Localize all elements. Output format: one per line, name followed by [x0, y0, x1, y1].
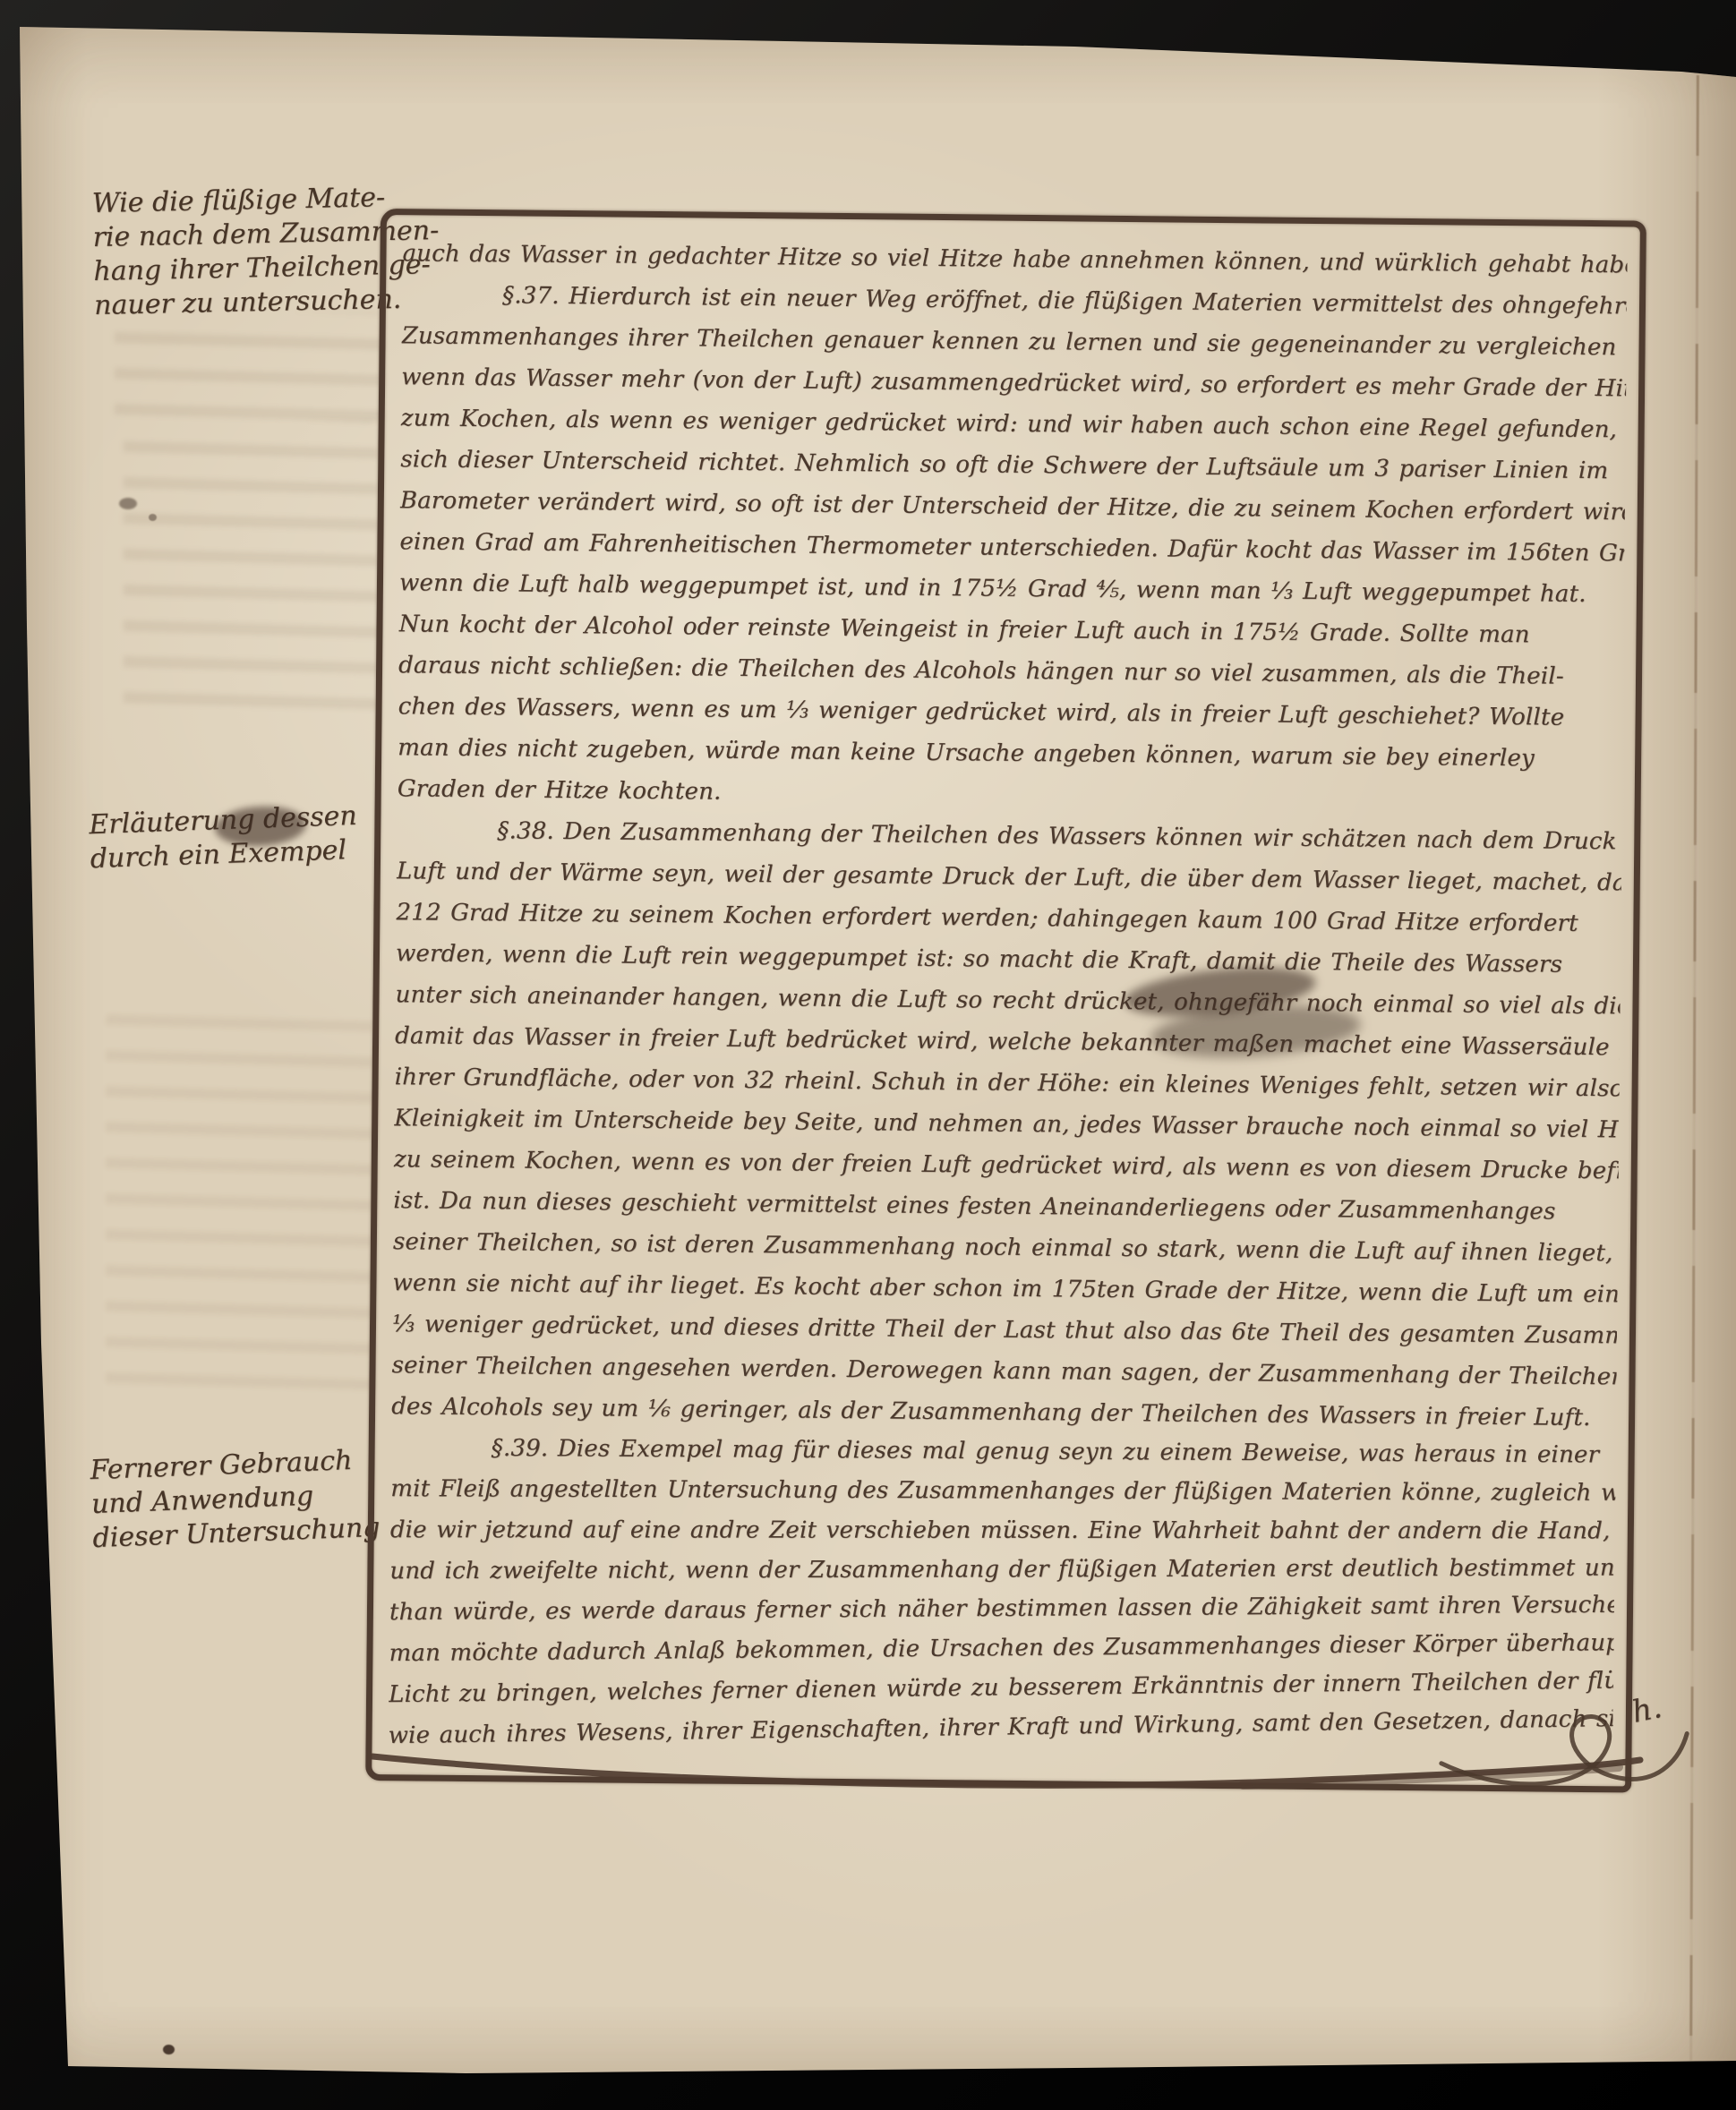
bleedthrough-ghost: [115, 312, 383, 428]
ink-dot: [119, 498, 137, 509]
text-line: mit Fleiß angestellten Untersuchung des …: [390, 1468, 1615, 1514]
bleedthrough-ghost: [106, 1012, 374, 1397]
bleedthrough-ghost: [124, 421, 379, 716]
text-line: die wir jetzund auf eine andre Zeit vers…: [390, 1509, 1615, 1551]
text-frame: auch das Wasser in gedachter Hitze so vi…: [365, 209, 1646, 1792]
ink-dot: [163, 2045, 175, 2054]
main-text-block: auch das Wasser in gedachter Hitze so vi…: [372, 215, 1640, 1786]
ink-dot: [149, 514, 157, 521]
scanned-manuscript-page: Wie die flüßige Mate-rie nach dem Zusamm…: [0, 0, 1736, 2110]
margin-note-further-use: Fernerer Gebrauchund Anwendungdieser Unt…: [90, 1443, 381, 1556]
pen-flourish: [1429, 1694, 1705, 1829]
